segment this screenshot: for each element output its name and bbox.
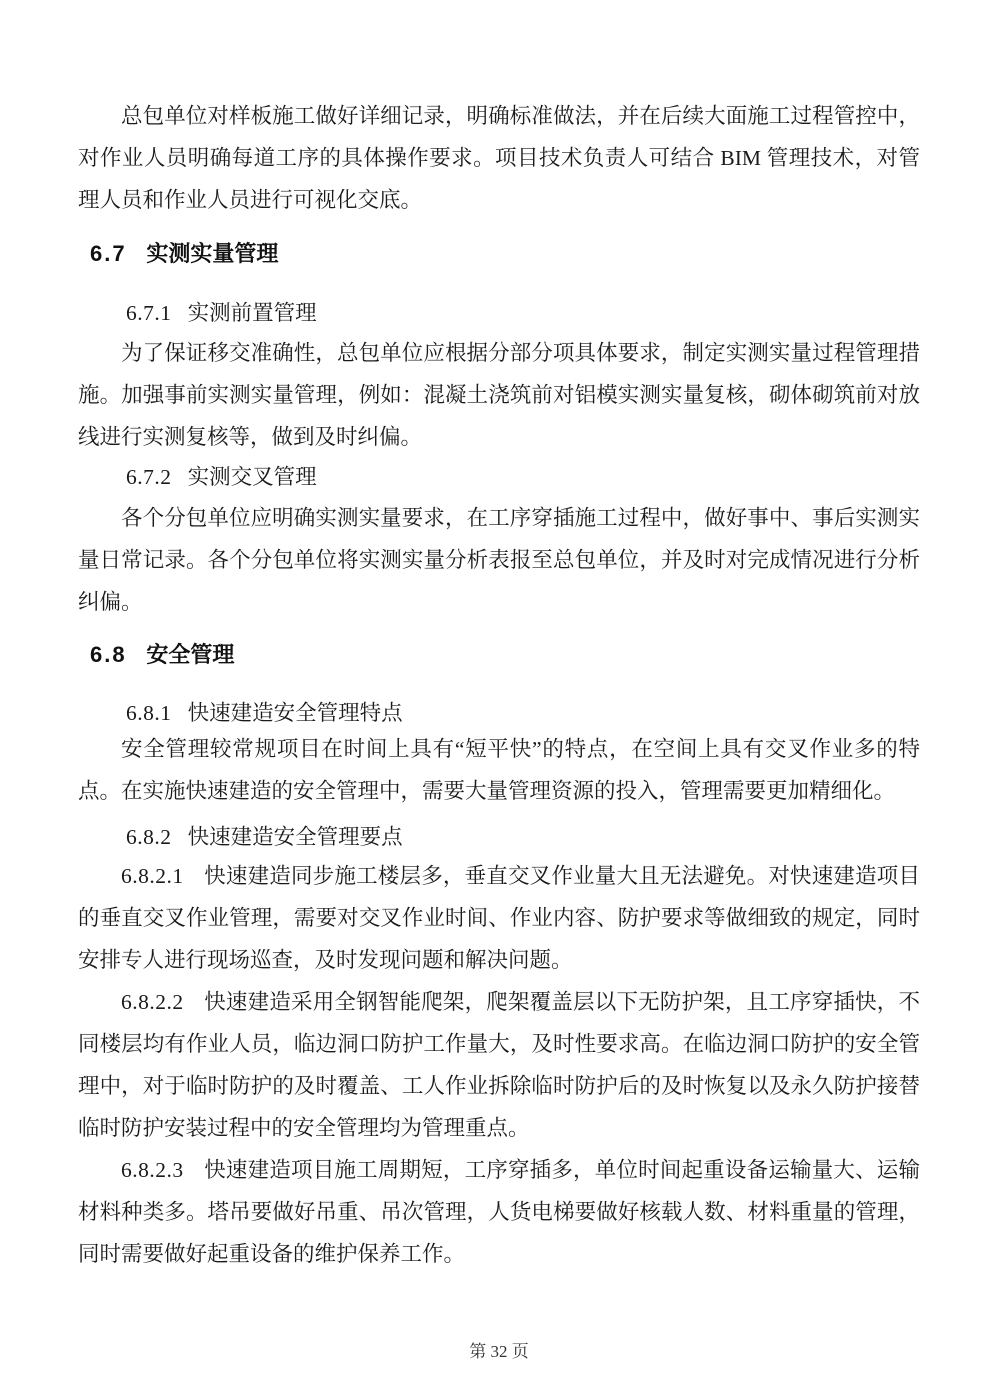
- document-page: 总包单位对样板施工做好详细记录，明确标准做法，并在后续大面施工过程管控中，对作业…: [0, 0, 987, 1398]
- subsection-number: 6.7.1: [126, 301, 172, 325]
- section-heading-6-8: 6.8安全管理: [90, 640, 920, 670]
- subsection-title: 实测前置管理: [188, 301, 317, 325]
- clause-text: 快速建造采用全钢智能爬架，爬架覆盖层以下无防护架，且工序穿插快，不同楼层均有作业…: [78, 990, 920, 1140]
- section-heading-6-7: 6.7实测实量管理: [90, 239, 920, 269]
- page-number: 第 32 页: [469, 1342, 529, 1361]
- clause-number: 6.8.2.3: [121, 1158, 184, 1182]
- section-title: 安全管理: [146, 642, 234, 667]
- paragraph-6-7-1-body: 为了保证移交准确性，总包单位应根据分部分项具体要求，制定实测实量过程管理措施。加…: [78, 332, 920, 458]
- section-number: 6.8: [90, 642, 127, 667]
- subsection-number: 6.8.1: [126, 701, 172, 725]
- subsection-title: 快速建造安全管理特点: [188, 701, 403, 725]
- subsection-number: 6.8.2: [126, 825, 172, 849]
- subsection-heading-6-7-2: 6.7.2实测交叉管理: [126, 462, 920, 492]
- paragraph-6-8-1-body: 安全管理较常规项目在时间上具有“短平快”的特点，在空间上具有交叉作业多的特点。在…: [78, 728, 920, 812]
- subsection-title: 实测交叉管理: [188, 465, 317, 489]
- paragraph-6-8-2-1: 6.8.2.1快速建造同步施工楼层多，垂直交叉作业量大且无法避免。对快速建造项目…: [78, 855, 920, 981]
- paragraph-6-8-2-2: 6.8.2.2快速建造采用全钢智能爬架，爬架覆盖层以下无防护架，且工序穿插快，不…: [78, 981, 920, 1149]
- subsection-number: 6.7.2: [126, 465, 172, 489]
- document-body: { "page": { "background_color": "#ffffff…: [0, 0, 987, 1398]
- paragraph-6-7-2-body: 各个分包单位应明确实测实量要求，在工序穿插施工过程中，做好事中、事后实测实量日常…: [78, 497, 920, 623]
- section-title: 实测实量管理: [146, 241, 278, 266]
- subsection-heading-6-7-1: 6.7.1实测前置管理: [126, 298, 920, 328]
- clause-text: 快速建造项目施工周期短，工序穿插多，单位时间起重设备运输量大、运输材料种类多。塔…: [78, 1158, 920, 1266]
- section-number: 6.7: [90, 241, 127, 266]
- subsection-heading-6-8-2: 6.8.2快速建造安全管理要点: [126, 822, 920, 852]
- subsection-title: 快速建造安全管理要点: [188, 825, 403, 849]
- paragraph-intro: 总包单位对样板施工做好详细记录，明确标准做法，并在后续大面施工过程管控中，对作业…: [78, 95, 920, 221]
- paragraph-6-8-2-3: 6.8.2.3快速建造项目施工周期短，工序穿插多，单位时间起重设备运输量大、运输…: [78, 1149, 920, 1275]
- clause-number: 6.8.2.1: [121, 864, 184, 888]
- page-footer: 第 32 页: [78, 1342, 920, 1362]
- subsection-heading-6-8-1: 6.8.1快速建造安全管理特点: [126, 698, 920, 728]
- clause-text: 快速建造同步施工楼层多，垂直交叉作业量大且无法避免。对快速建造项目的垂直交叉作业…: [78, 864, 920, 972]
- clause-number: 6.8.2.2: [121, 990, 184, 1014]
